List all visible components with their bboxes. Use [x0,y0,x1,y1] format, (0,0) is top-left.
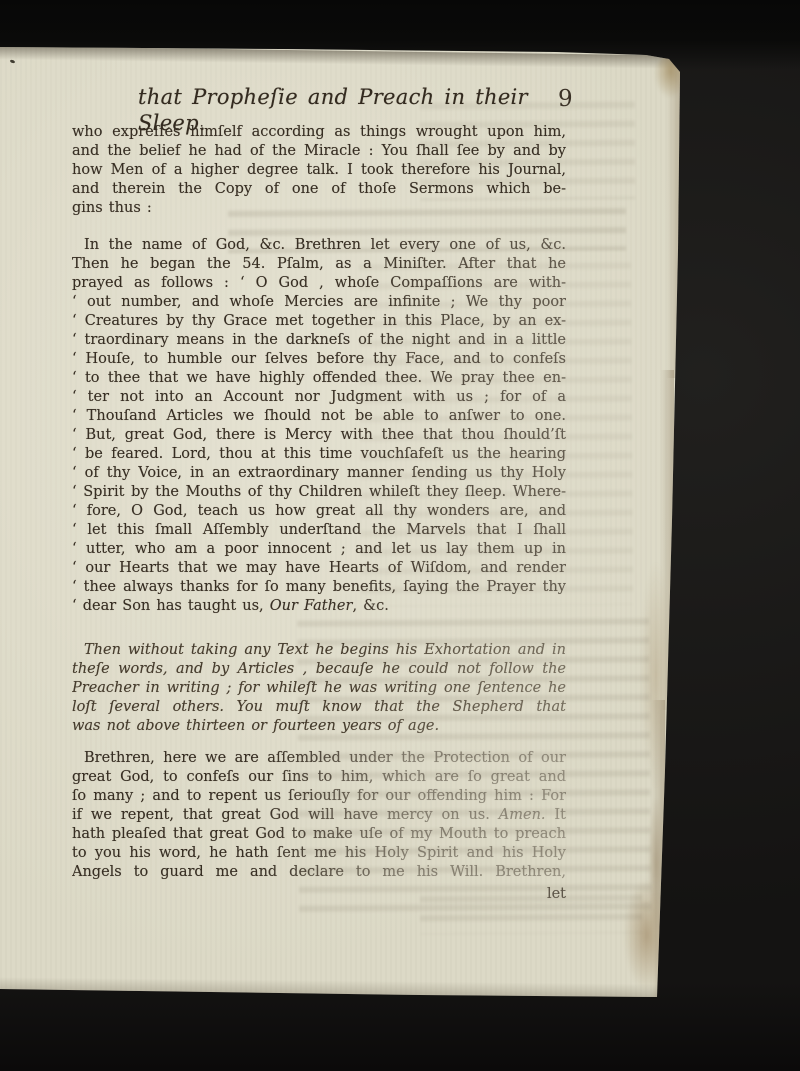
text-line: ‘ dear Son has taught us, Our Father, &c… [72,597,566,616]
text-line: and the belief he had of the Miracle : Y… [72,142,566,161]
page-right-edge-shadow [660,370,674,710]
italic-phrase: Amen. [499,807,546,823]
text-line: Preacher in writing ; for whileſt he was… [72,679,566,698]
text-line: Then he began the 54. Pſalm, as a Miniſt… [72,255,566,274]
text-line: Brethren, here we are aſſembled under th… [72,749,566,768]
text-line: ‘ our Hearts that we may have Hearts of … [72,559,566,578]
text-line: to you his word, he hath ſent me his Hol… [72,844,566,863]
corner-stain [654,56,684,98]
text-line: if we repent, that great God will have m… [72,806,566,825]
corner-stain [624,880,670,990]
catchword: let [72,885,572,904]
italic-phrase: Our Father [270,598,353,614]
text-line: how Men of a higher degree talk. I took … [72,161,566,180]
scan-background: that Propheſie and Preach in their Sleep… [0,0,800,1071]
text-line: ‘ of thy Voice, in an extraordinary mann… [72,464,566,483]
page-top-edge-shadow [0,46,684,72]
text-line: ‘ But, great God, there is Mercy with th… [72,426,566,445]
text-line: ‘ to thee that we have highly offended t… [72,369,566,388]
text-line: loſt ſeveral others. You muſt know that … [72,698,566,717]
text-line: ‘ fore, O God, teach us how great all th… [72,502,566,521]
text-segment: , &c. [352,598,388,614]
text-line: ‘ Houſe, to humble our ſelves before thy… [72,350,566,369]
page-right-edge-shadow [666,58,681,378]
text-segment: ‘ dear Son has taught us, [72,598,270,614]
text-line: ‘ be feared. Lord, thou at this time vou… [72,445,566,464]
text-line: theſe words, and by Articles , becauſe h… [72,660,566,679]
text-segment: It [546,807,566,823]
prayer-paragraph: In the name of God, &c. Brethren let eve… [72,236,566,616]
text-line: ‘ thee always thanks for ſo many benefit… [72,578,566,597]
text-line: prayed as follows : ‘ O God , whoſe Comp… [72,274,566,293]
text-line: ſo many ; and to repent us ſeriouſly for… [72,787,566,806]
text-line: ‘ Creatures by thy Grace met together in… [72,312,566,331]
text-line: Then without taking any Text he begins h… [72,641,566,660]
text-line: hath pleaſed that great God to make uſe … [72,825,566,844]
edge-stain [640,560,672,790]
intro-paragraph: who expreſſes himſelf according as thing… [72,123,566,218]
exhortation-paragraph: Brethren, here we are aſſembled under th… [72,749,566,882]
text-line: ‘ utter, who am a poor innocent ; and le… [72,540,566,559]
text-line: ‘ let this ſmall Aſſembly underſtand the… [72,521,566,540]
page-right-edge-shadow [651,700,665,1000]
text-line: gins thus : [72,199,566,218]
text-line: ‘ traordinary means in the darkneſs of t… [72,331,566,350]
text-line: ‘ ter not into an Account nor Judgment w… [72,388,566,407]
narrator-note-paragraph: Then without taking any Text he begins h… [72,641,566,736]
text-line: ‘ out number, and whoſe Mercies are infi… [72,293,566,312]
page-number: 9 [558,86,573,112]
paper-fleck [10,59,16,64]
text-line: Angels to guard me and declare to me his… [72,863,566,882]
text-line: and therein the Copy of one of thoſe Ser… [72,180,566,199]
text-line: ‘ Thouſand Articles we ſhould not be abl… [72,407,566,426]
book-page: that Propheſie and Preach in their Sleep… [0,0,800,1071]
text-line: In the name of God, &c. Brethren let eve… [72,236,566,255]
text-line: was not above thirteen or fourteen years… [72,717,566,736]
text-line: who expreſſes himſelf according as thing… [72,123,566,142]
text-line: great God, to confeſs our ſins to him, w… [72,768,566,787]
text-segment: if we repent, that great God will have m… [72,807,499,823]
text-line: ‘ Spirit by the Mouths of thy Children w… [72,483,566,502]
edge-crease-stain [648,800,664,930]
page-bottom-edge-shadow [0,973,660,1006]
